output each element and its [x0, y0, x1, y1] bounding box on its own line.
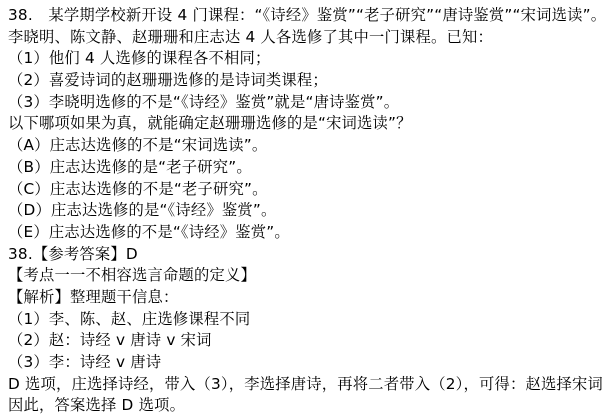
question-prompt: 以下哪项如果为真，就能确定赵珊珊选修的是“宋词选读”？	[8, 113, 598, 135]
document-page: 38. 某学期学校新开设 4 门课程：“《诗经》鉴赏”“老子研究”“唐诗鉴赏”“…	[0, 0, 602, 418]
analysis-item-1: （1）李、陈、赵、庄选修课程不同	[8, 309, 598, 331]
question-condition-3: （3）李晓明选修的不是“《诗经》鉴赏”就是“唐诗鉴赏”。	[8, 92, 598, 114]
option-c: （C）庄志达选修的不是“老子研究”。	[8, 179, 598, 201]
question-condition-1: （1）他们 4 人选修的课程各不相同；	[8, 48, 598, 70]
analysis-item-3: （3）李：诗经 v 唐诗	[8, 352, 598, 374]
analysis-item-2: （2）赵：诗经 v 唐诗 v 宋词	[8, 330, 598, 352]
question-stem-line-1: 38. 某学期学校新开设 4 门课程：“《诗经》鉴赏”“老子研究”“唐诗鉴赏”“…	[8, 5, 598, 27]
option-e: （E）庄志达选修的不是“《诗经》鉴赏”。	[8, 222, 598, 244]
reference-answer-line: 38.【参考答案】D	[8, 244, 598, 266]
option-b: （B）庄志达选修的是“老子研究”。	[8, 157, 598, 179]
question-condition-2: （2）喜爱诗词的赵珊珊选修的是诗词类课程；	[8, 70, 598, 92]
analysis-heading: 【解析】整理题干信息：	[8, 287, 598, 309]
question-stem-line-2: 李晓明、陈文静、赵珊珊和庄志达 4 人各选修了其中一门课程。已知：	[8, 27, 598, 49]
keypoint-line: 【考点一一不相容选言命题的定义】	[8, 265, 598, 287]
conclusion-line: 因此，答案选择 D 选项。	[8, 395, 598, 417]
option-d: （D）庄志达选修的是“《诗经》鉴赏”。	[8, 200, 598, 222]
option-a: （A）庄志达选修的不是“宋词选读”。	[8, 135, 598, 157]
deduction-line: D 选项，庄选择诗经，带入（3），李选择唐诗，再将二者带入（2），可得：赵选择宋…	[8, 374, 598, 396]
